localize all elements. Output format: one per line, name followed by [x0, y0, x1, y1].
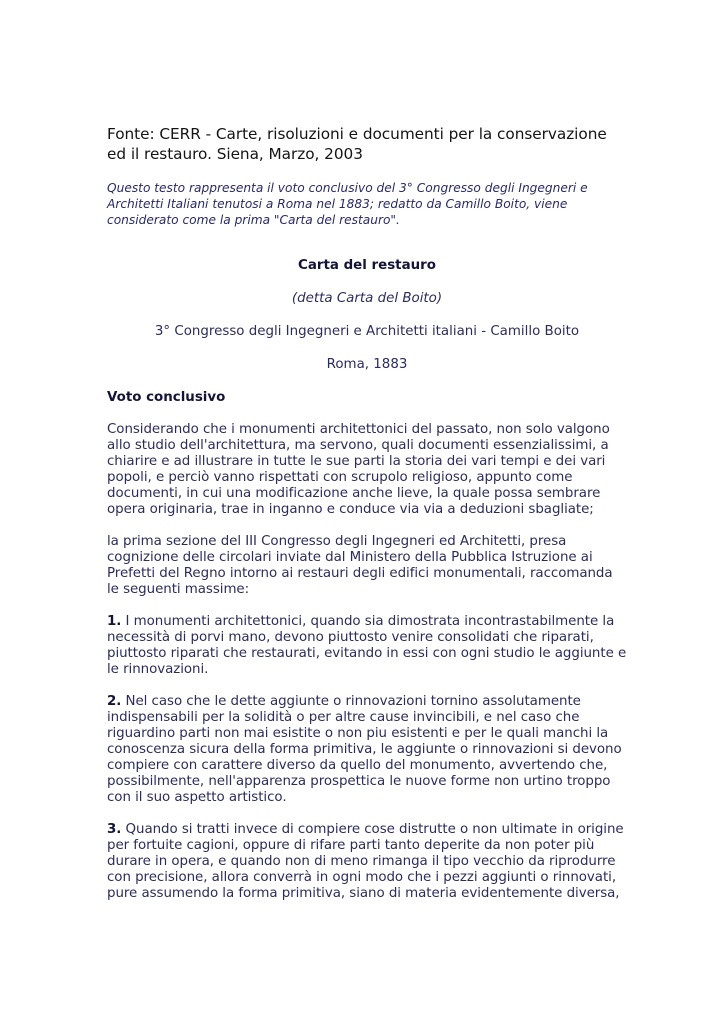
item-text: Nel caso che le dette aggiunte o rinnova… [107, 694, 622, 805]
item-number: 2. [107, 694, 121, 709]
document-page: Fonte: CERR - Carte, risoluzioni e docum… [107, 124, 627, 918]
item-text: Quando si tratti invece di compiere cose… [107, 822, 624, 901]
item-text: I monumenti architettonici, quando sia d… [107, 614, 626, 677]
item-number: 1. [107, 614, 121, 629]
paragraph-considerando: Considerando che i monumenti architetton… [107, 422, 627, 518]
item-number: 3. [107, 822, 121, 837]
numbered-item: 3. Quando si tratti invece di compiere c… [107, 822, 627, 902]
numbered-item: 2. Nel caso che le dette aggiunte o rinn… [107, 694, 627, 806]
congress-line: 3° Congresso degli Ingegneri e Architett… [107, 324, 627, 340]
document-title: Carta del restauro [107, 258, 627, 274]
place-date: Roma, 1883 [107, 357, 627, 373]
source-citation: Fonte: CERR - Carte, risoluzioni e docum… [107, 124, 627, 164]
intro-note: Questo testo rappresenta il voto conclus… [107, 180, 627, 228]
numbered-item: 1. I monumenti architettonici, quando si… [107, 614, 627, 678]
paragraph-prima-sezione: la prima sezione del III Congresso degli… [107, 534, 627, 598]
section-heading: Voto conclusivo [107, 390, 627, 406]
document-subtitle: (detta Carta del Boito) [107, 291, 627, 307]
